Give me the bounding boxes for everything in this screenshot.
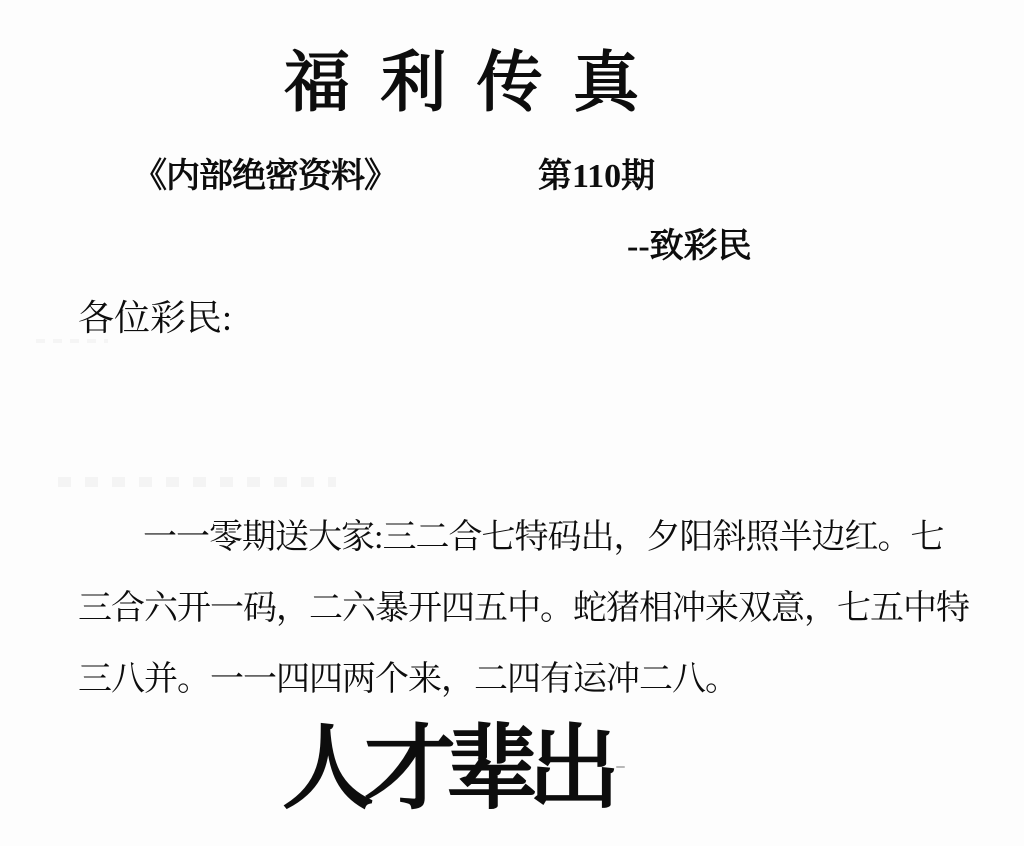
prediction-paragraph: 一一零期送大家:三二合七特码出，夕阳斜照半边红。七 三合六开一码，二六暴开四五中… [78, 502, 968, 715]
scan-artifact-smudge [36, 339, 108, 343]
prediction-line-3: 三八并。一一四四两个来，二四有运冲二八。 [78, 644, 968, 715]
document-title: 福 利 传 真 [284, 46, 645, 119]
headline-text: 人才辈出 [282, 714, 610, 824]
scan-artifact-dash [616, 766, 625, 768]
scan-artifact-ghost-text [58, 477, 336, 487]
fax-document-page: 福 利 传 真 《内部绝密资料》 第110期 --致彩民 各位彩民: 一一零期送… [0, 0, 1024, 846]
issue-number: 第110期 [538, 158, 655, 195]
salutation: 各位彩民: [78, 298, 232, 339]
dedication-line: --致彩民 [627, 228, 752, 265]
prediction-line-2: 三合六开一码，二六暴开四五中。蛇猪相冲来双意，七五中特 [78, 573, 968, 644]
confidential-source-label: 《内部绝密资料》 [133, 158, 397, 195]
prediction-line-1: 一一零期送大家:三二合七特码出，夕阳斜照半边红。七 [78, 502, 968, 573]
